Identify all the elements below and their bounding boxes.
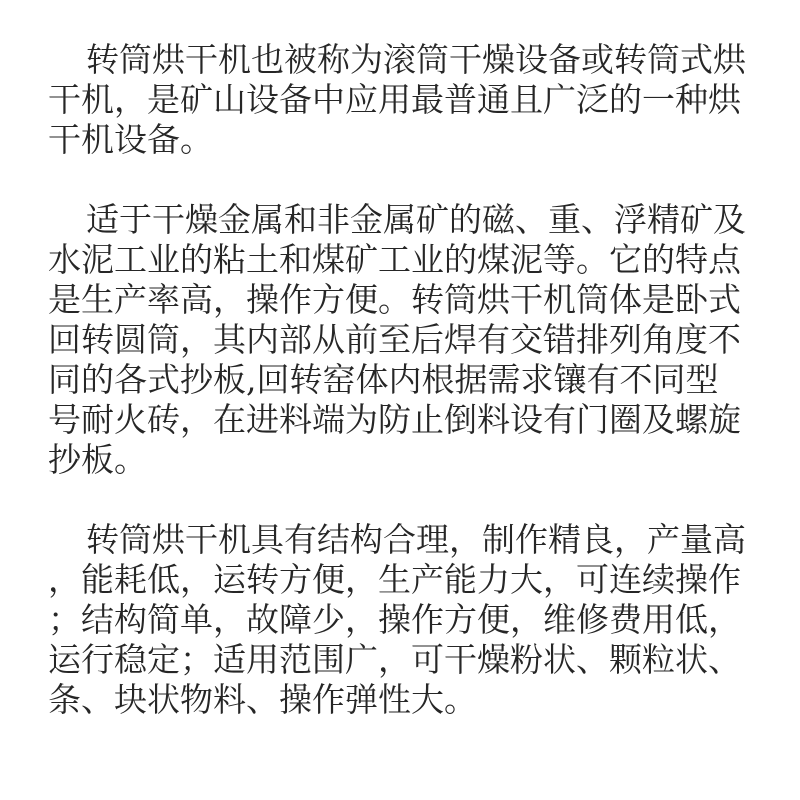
text-line: 抄板。 bbox=[48, 440, 754, 480]
paragraph-advantages: 转筒烘干机具有结构合理，制作精良，产量高 ，能耗低，运转方便，生产能力大，可连续… bbox=[48, 520, 754, 720]
text-line: 水泥工业的粘土和煤矿工业的煤泥等。它的特点 bbox=[48, 240, 754, 280]
text-line: 同的各式抄板,回转窑体内根据需求镶有不同型 bbox=[48, 360, 754, 400]
text-line: 运行稳定；适用范围广，可干燥粉状、颗粒状、 bbox=[48, 640, 754, 680]
text-line: 回转圆筒，其内部从前至后焊有交错排列角度不 bbox=[48, 320, 754, 360]
text-line: 转筒烘干机具有结构合理，制作精良，产量高 bbox=[48, 520, 754, 560]
document-body: 转筒烘干机也被称为滚筒干燥设备或转筒式烘 干机，是矿山设备中应用最普通且广泛的一… bbox=[48, 40, 754, 760]
text-line: 号耐火砖，在进料端为防止倒料设有门圈及螺旋 bbox=[48, 400, 754, 440]
paragraph-intro: 转筒烘干机也被称为滚筒干燥设备或转筒式烘 干机，是矿山设备中应用最普通且广泛的一… bbox=[48, 40, 754, 160]
paragraph-applications: 适于干燥金属和非金属矿的磁、重、浮精矿及 水泥工业的粘土和煤矿工业的煤泥等。它的… bbox=[48, 200, 754, 480]
text-line: ；结构简单，故障少，操作方便，维修费用低， bbox=[48, 600, 754, 640]
text-line: ，能耗低，运转方便，生产能力大，可连续操作 bbox=[48, 560, 754, 600]
text-line: 适于干燥金属和非金属矿的磁、重、浮精矿及 bbox=[48, 200, 754, 240]
text-line: 是生产率高，操作方便。转筒烘干机筒体是卧式 bbox=[48, 280, 754, 320]
text-line: 干机设备。 bbox=[48, 120, 754, 160]
text-line: 干机，是矿山设备中应用最普通且广泛的一种烘 bbox=[48, 80, 754, 120]
text-line: 条、块状物料、操作弹性大。 bbox=[48, 680, 754, 720]
text-line: 转筒烘干机也被称为滚筒干燥设备或转筒式烘 bbox=[48, 40, 754, 80]
